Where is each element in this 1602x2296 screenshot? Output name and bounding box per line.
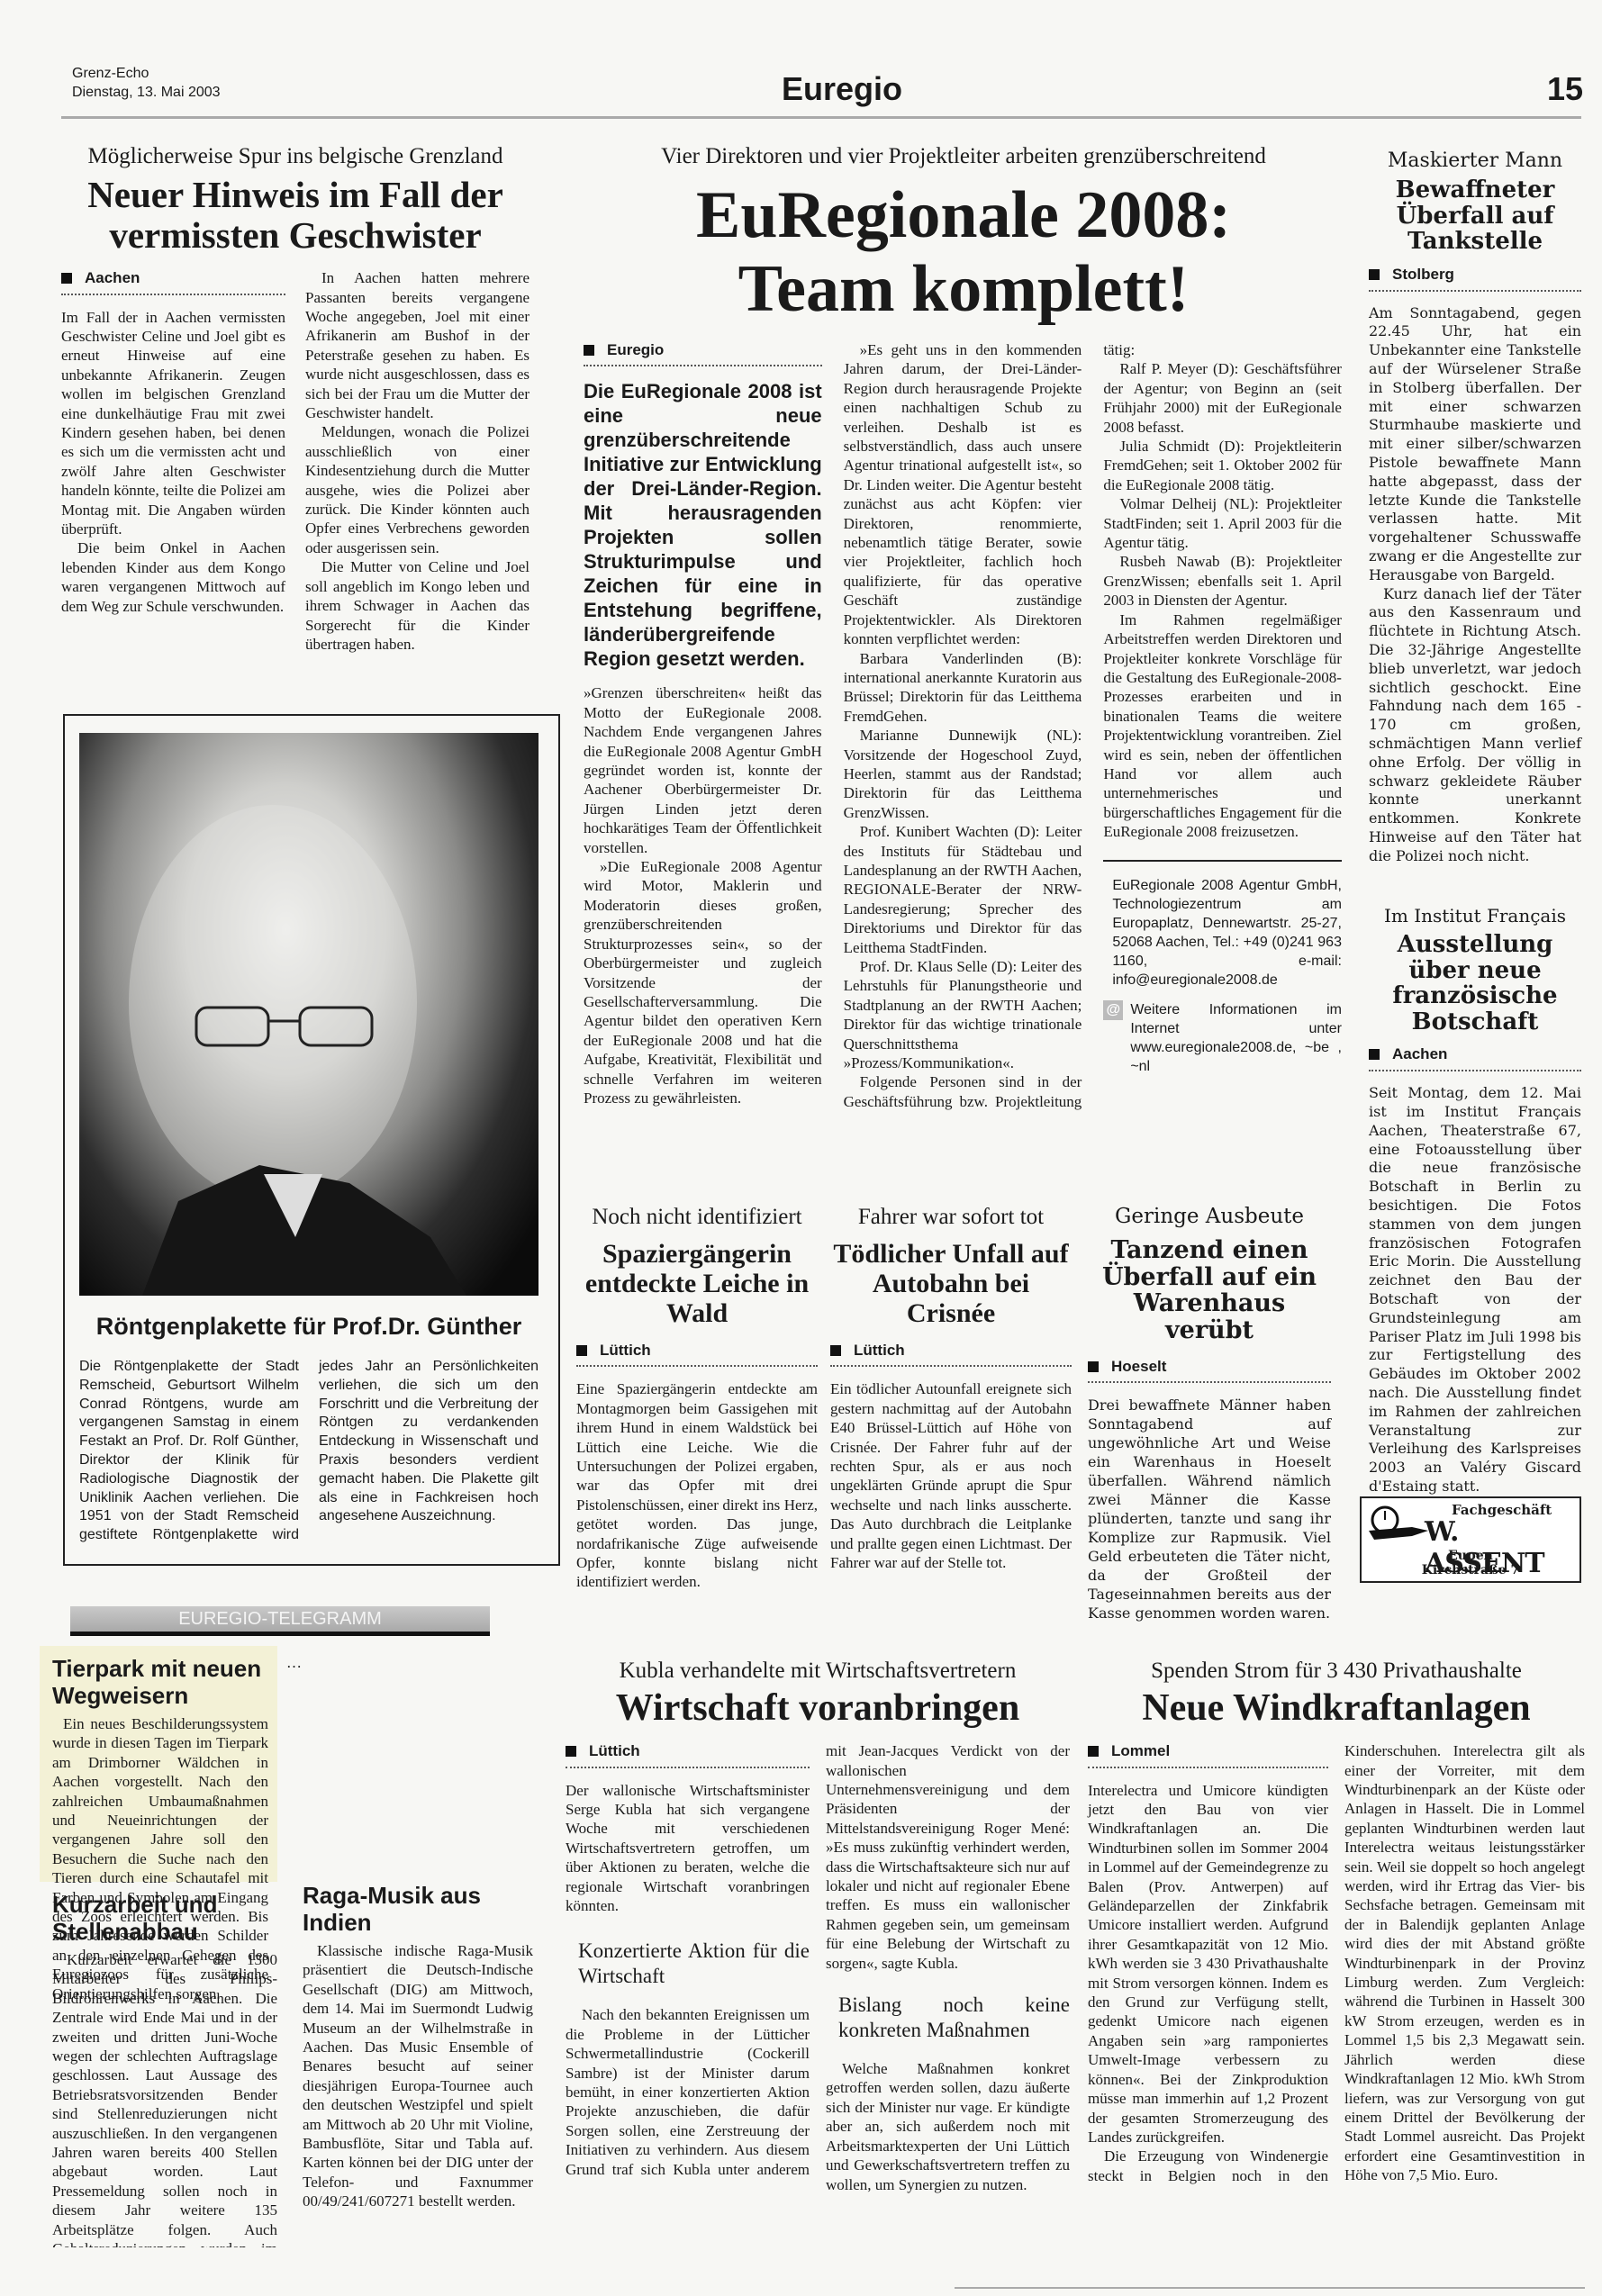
dateline-location: Euregio bbox=[607, 341, 664, 358]
article-body: Aachen Im Fall der in Aachen vermissten … bbox=[61, 268, 529, 654]
headline-line: EuRegionale 2008: bbox=[576, 178, 1351, 252]
paragraph: »Die EuRegionale 2008 Agentur wird Motor… bbox=[584, 857, 822, 1107]
article-body: Aachen Seit Montag, dem 12. Mai ist im I… bbox=[1369, 1045, 1581, 1496]
article-headline: Tödlicher Unfall auf Autobahn bei Crisné… bbox=[830, 1239, 1072, 1328]
pointing-hand-clock-icon bbox=[1367, 1504, 1430, 1549]
article-lead: Die EuRegionale 2008 ist eine neue grenz… bbox=[584, 379, 822, 671]
paragraph: Kurz danach lief der Täter aus den Kasse… bbox=[1369, 585, 1581, 866]
telegramm-item-raga: Raga-Musik aus Indien Klassische indisch… bbox=[303, 1882, 533, 2211]
article-wirtschaft: Kubla verhandelte mit Wirtschaftsvertret… bbox=[566, 1659, 1070, 2194]
paragraph: Interelectra und Umicore kündigten jetzt… bbox=[1088, 1781, 1328, 2147]
article-kicker: Spenden Strom für 3 430 Privathaushalte bbox=[1088, 1659, 1585, 1684]
article-institut: Im Institut Français Ausstellung über ne… bbox=[1369, 905, 1581, 1496]
article-body: Lüttich Eine Spaziergängerin entdeckte a… bbox=[576, 1341, 818, 1592]
dateline: Lommel bbox=[1088, 1741, 1328, 1767]
contact-divider bbox=[1103, 860, 1342, 862]
paragraph: Prof. Kunibert Wachten (D): Leiter des I… bbox=[844, 822, 1082, 957]
paragraph: Prof. Dr. Klaus Selle (D): Leiter des Le… bbox=[844, 957, 1082, 1072]
paragraph: Der wallonische Wirtschaftsminister Serg… bbox=[566, 1781, 810, 1916]
dateline: Stolberg bbox=[1369, 266, 1581, 292]
dateline-location: Hoeselt bbox=[1111, 1358, 1166, 1375]
dateline-location: Lüttich bbox=[589, 1742, 640, 1759]
portrait-photo bbox=[79, 733, 539, 1296]
article-kicker: Im Institut Français bbox=[1369, 905, 1581, 927]
telegramm-item-kurzarbeit: Kurzarbeit und Stellenabbau Kurzarbeit e… bbox=[52, 1891, 277, 2247]
subheading: Konzertierte Aktion für die Wirtschaft bbox=[578, 1939, 810, 1989]
dateline: Lüttich bbox=[576, 1341, 818, 1367]
advertisement[interactable]: Fachgeschäft W. ASSENT Eupen Kirchstraße… bbox=[1360, 1496, 1581, 1583]
section-title: Euregio bbox=[782, 70, 902, 108]
square-bullet-icon bbox=[584, 345, 594, 356]
ad-city: Eupen bbox=[1362, 1549, 1579, 1563]
portrait-glasses-icon bbox=[79, 733, 539, 1296]
square-bullet-icon bbox=[61, 273, 72, 284]
square-bullet-icon bbox=[1088, 1746, 1099, 1757]
paragraph: »Grenzen überschreiten« heißt das Motto … bbox=[584, 683, 822, 857]
article-warenhaus: Geringe Ausbeute Tanzend einen Überfall … bbox=[1088, 1205, 1331, 1623]
at-sign-icon: @ bbox=[1103, 1000, 1123, 1020]
article-body: Hoeselt Drei bewaffnete Männer haben Son… bbox=[1088, 1357, 1331, 1623]
euregionale-body: Euregio Die EuRegionale 2008 ist eine ne… bbox=[584, 340, 1342, 1128]
article-headline: Neuer Hinweis im Fall der vermissten Ges… bbox=[61, 175, 529, 256]
paragraph: Rusbeh Nawab (B): Projektleiter GrenzWis… bbox=[1103, 552, 1342, 610]
web-info: @ Weitere Informationen im Internet unte… bbox=[1103, 1000, 1342, 1076]
article-body: Lüttich Der wallonische Wirtschaftsminis… bbox=[566, 1741, 1070, 2194]
bottom-rule bbox=[955, 2287, 1585, 2289]
article-body: Lommel Interelectra und Umicore kündigte… bbox=[1088, 1741, 1585, 2185]
article-kicker: Vier Direktoren und vier Projektleiter a… bbox=[576, 144, 1351, 169]
article-headline: Tanzend einen Überfall auf ein Warenhaus… bbox=[1088, 1237, 1331, 1344]
article-headline: EuRegionale 2008: Team komplett! bbox=[576, 178, 1351, 326]
article-headline: Spaziergängerin entdeckte Leiche in Wald bbox=[576, 1239, 818, 1328]
paragraph: »Es geht uns in den kommenden Jahren dar… bbox=[844, 340, 1082, 649]
paragraph: Meldungen, wonach die Polizei ausschließ… bbox=[305, 422, 529, 557]
telegramm-headline: Tierpark mit neuen Wegweisern bbox=[52, 1655, 268, 1709]
square-bullet-icon bbox=[1369, 269, 1380, 280]
article-kicker: Noch nicht identifiziert bbox=[576, 1205, 818, 1230]
paragraph: Im Rahmen regelmäßiger Arbeitstreffen we… bbox=[1103, 610, 1342, 842]
dateline-location: Lüttich bbox=[600, 1342, 651, 1359]
paragraph: Welche Maßnahmen konkret getroffen werde… bbox=[826, 2059, 1070, 2194]
paragraph: Volmar Delheij (NL): Projektleiter Stadt… bbox=[1103, 494, 1342, 552]
masthead-paper-name: Grenz-Echo bbox=[72, 66, 149, 82]
paragraph: Die Mutter von Celine und Joel soll ange… bbox=[305, 557, 529, 654]
article-kicker: Geringe Ausbeute bbox=[1088, 1205, 1331, 1228]
web-info-text[interactable]: Weitere Informationen im Internet unter … bbox=[1130, 1000, 1342, 1076]
paragraph: Ralf P. Meyer (D): Geschäftsführer der A… bbox=[1103, 359, 1342, 437]
telegramm-text: … bbox=[286, 1654, 302, 1671]
dateline-location: Lüttich bbox=[854, 1342, 905, 1359]
square-bullet-icon bbox=[830, 1345, 841, 1356]
article-kicker: Maskierter Mann bbox=[1369, 149, 1581, 172]
roentgen-headline: Röntgenplakette für Prof.Dr. Günther bbox=[79, 1313, 539, 1341]
dateline: Lüttich bbox=[830, 1341, 1072, 1367]
square-bullet-icon bbox=[1369, 1049, 1380, 1060]
paragraph: Drei bewaffnete Männer haben Sonntagaben… bbox=[1088, 1396, 1331, 1623]
article-kicker: Fahrer war sofort tot bbox=[830, 1205, 1072, 1230]
dateline: Aachen bbox=[61, 268, 285, 294]
paragraph: Ein tödlicher Autounfall ereignete sich … bbox=[830, 1379, 1072, 1572]
article-geschwister: Möglicherweise Spur ins belgische Grenzl… bbox=[61, 144, 529, 654]
headline-line: vermissten Geschwister bbox=[61, 215, 529, 256]
paragraph: Julia Schmidt (D): Projektleiterin Fremd… bbox=[1103, 437, 1342, 494]
dateline: Euregio bbox=[584, 340, 822, 366]
paragraph: Am Sonntagabend, gegen 22.45 Uhr, hat ei… bbox=[1369, 304, 1581, 585]
roentgen-body: Die Röntgenplakette der Stadt Remscheid,… bbox=[79, 1358, 539, 1545]
masthead-date: Dienstag, 13. Mai 2003 bbox=[72, 85, 221, 101]
dateline-location: Lommel bbox=[1111, 1742, 1170, 1759]
ad-address: Kirchstraße 7 bbox=[1362, 1563, 1579, 1577]
telegramm-headline: Raga-Musik aus Indien bbox=[303, 1882, 533, 1936]
masthead-rule bbox=[61, 116, 1581, 119]
article-leiche: Noch nicht identifiziert Spaziergängerin… bbox=[576, 1205, 818, 1592]
contact-info: EuRegionale 2008 Agentur GmbH, Technolog… bbox=[1103, 876, 1342, 990]
article-headline: Wirtschaft voranbringen bbox=[566, 1687, 1070, 1729]
square-bullet-icon bbox=[576, 1345, 587, 1356]
article-headline: Neue Windkraftanlagen bbox=[1088, 1687, 1585, 1729]
article-unfall: Fahrer war sofort tot Tödlicher Unfall a… bbox=[830, 1205, 1072, 1572]
dateline-location: Aachen bbox=[85, 269, 140, 286]
dateline: Aachen bbox=[1369, 1045, 1581, 1071]
telegramm-headline: Kurzarbeit und Stellenabbau bbox=[52, 1891, 277, 1945]
paragraph: Eine Spaziergängerin entdeckte am Montag… bbox=[576, 1379, 818, 1591]
dateline: Hoeselt bbox=[1088, 1357, 1331, 1383]
telegramm-text: Kurzarbeit erwartet die 1300 Mitarbeiter… bbox=[52, 1950, 277, 2247]
article-wind: Spenden Strom für 3 430 Privathaushalte … bbox=[1088, 1659, 1585, 2185]
telegramm-kurzarbeit-continued: … bbox=[286, 1653, 517, 1672]
paragraph: Die beim Onkel in Aachen lebenden Kinder… bbox=[61, 538, 285, 616]
dateline: Lüttich bbox=[566, 1741, 810, 1767]
paragraph: Seit Montag, dem 12. Mai ist im Institut… bbox=[1369, 1084, 1581, 1496]
article-tankstelle: Maskierter Mann Bewaffneter Überfall auf… bbox=[1369, 149, 1581, 865]
dateline-location: Stolberg bbox=[1392, 266, 1454, 283]
dateline-location: Aachen bbox=[1392, 1045, 1447, 1062]
article-kicker: Möglicherweise Spur ins belgische Grenzl… bbox=[61, 144, 529, 169]
paragraph: In Aachen hatten mehrere Passanten berei… bbox=[305, 268, 529, 422]
paragraph: Im Fall der in Aachen vermissten Geschwi… bbox=[61, 308, 285, 539]
headline-line: Neuer Hinweis im Fall der bbox=[61, 175, 529, 215]
subheading: Bislang noch keine konkreten Maßnahmen bbox=[838, 1993, 1070, 2043]
paragraph: Barbara Vanderlinden (B): international … bbox=[844, 649, 1082, 727]
page-number: 15 bbox=[1547, 70, 1583, 108]
headline-line: Team komplett! bbox=[576, 252, 1351, 326]
article-headline: Bewaffneter Überfall auf Tankstelle bbox=[1369, 177, 1581, 255]
telegramm-banner: EUREGIO-TELEGRAMM bbox=[70, 1606, 490, 1636]
square-bullet-icon bbox=[1088, 1361, 1099, 1372]
article-body: Lüttich Ein tödlicher Autounfall ereigne… bbox=[830, 1341, 1072, 1572]
article-body: Stolberg Am Sonntagabend, gegen 22.45 Uh… bbox=[1369, 266, 1581, 866]
telegramm-text: Klassische indische Raga-Musik präsentie… bbox=[303, 1941, 533, 2211]
telegramm-item-tierpark: Tierpark mit neuen Wegweisern Ein neues … bbox=[40, 1646, 277, 1882]
article-headline: Ausstellung über neue französische Botsc… bbox=[1369, 932, 1581, 1035]
paragraph: Marianne Dunnewijk (NL): Vorsitzende der… bbox=[844, 726, 1082, 822]
article-euregionale: Vier Direktoren und vier Projektleiter a… bbox=[576, 144, 1351, 326]
article-kicker: Kubla verhandelte mit Wirtschaftsvertret… bbox=[566, 1659, 1070, 1684]
square-bullet-icon bbox=[566, 1746, 576, 1757]
